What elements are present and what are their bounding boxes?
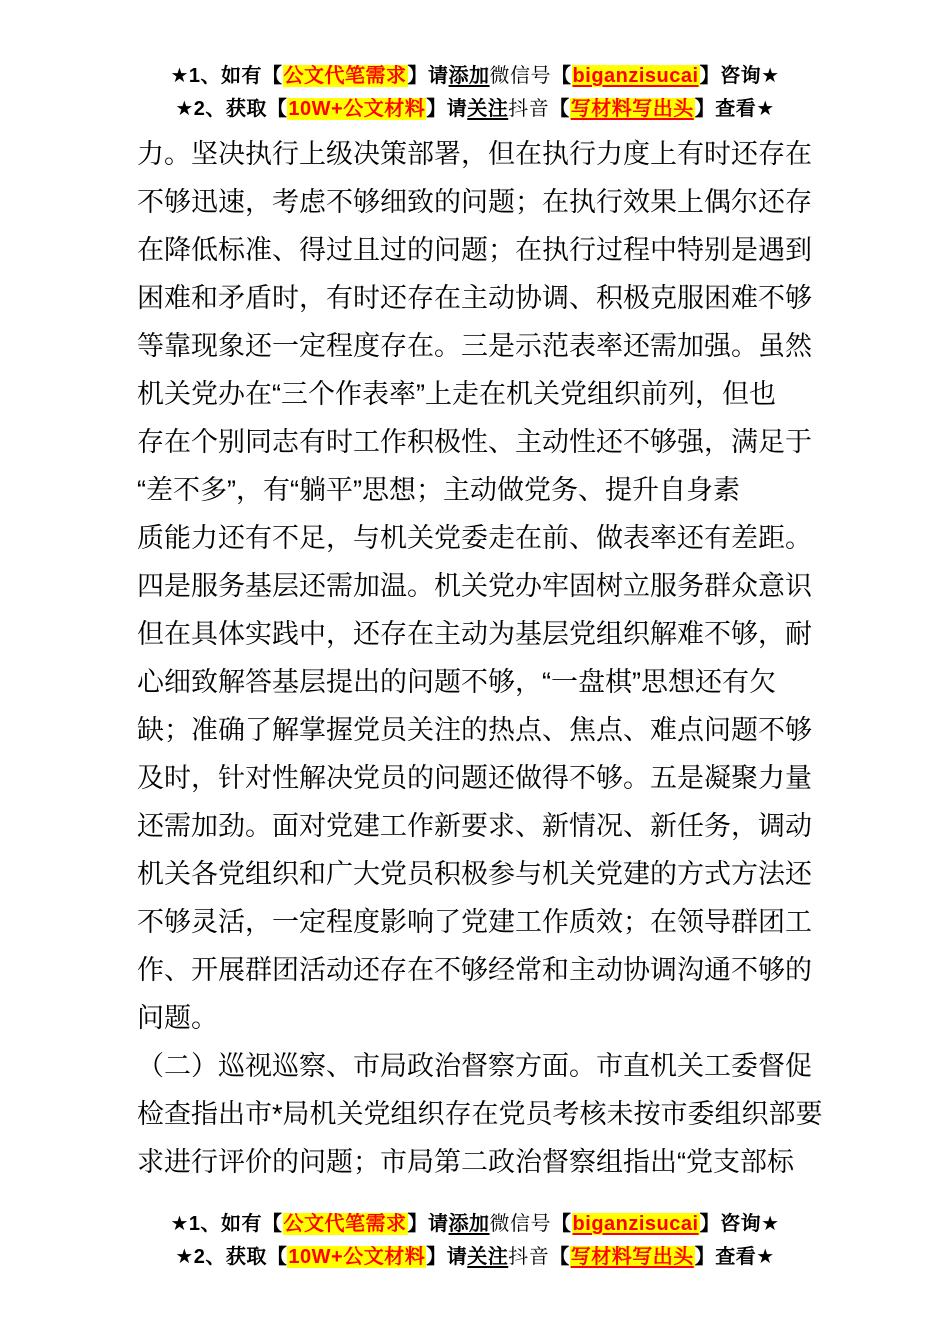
body-line: 四是服务基层还需加温。机关党办牢固树立服务群众意识 bbox=[137, 562, 817, 610]
body-line: “差不多”，有“躺平”思想；主动做党务、提升自身素 bbox=[137, 466, 817, 514]
watermark-text: 】请 bbox=[426, 98, 467, 120]
watermark-text: ★1、如有【 bbox=[170, 65, 282, 87]
document-body: 力。坚决执行上级决策部署，但在执行力度上有时还存在 不够迅速，考虑不够细致的问题… bbox=[137, 130, 817, 1186]
watermark-highlight: 10W+公文材料 bbox=[287, 98, 426, 120]
watermark-footer-line-1: ★1、如有【公文代笔需求】请添加微信号【biganzisucai】咨询★ bbox=[0, 1208, 950, 1241]
watermark-text: 【 bbox=[549, 1246, 570, 1268]
watermark-text: 】请 bbox=[426, 1246, 467, 1268]
watermark-underline-text: 添加 bbox=[449, 1213, 490, 1235]
watermark-underline-text: 关注 bbox=[467, 98, 508, 120]
body-line: 求进行评价的问题；市局第二政治督察组指出“党支部标 bbox=[137, 1138, 817, 1186]
watermark-footer-line-2: ★2、获取【10W+公文材料】请关注抖音【写材料写出头】查看★ bbox=[0, 1241, 950, 1274]
watermark-text: ★1、如有【 bbox=[170, 1213, 282, 1235]
watermark-text: 【 bbox=[551, 65, 572, 87]
body-line: 困难和矛盾时，有时还存在主动协调、积极克服困难不够 bbox=[137, 274, 817, 322]
watermark-text: 抖音 bbox=[508, 1246, 549, 1268]
body-line: 等靠现象还一定程度存在。三是示范表率还需加强。虽然 bbox=[137, 322, 817, 370]
watermark-text: 【 bbox=[549, 98, 570, 120]
watermark-underline-text: 添加 bbox=[449, 65, 490, 87]
body-line: 缺；准确了解掌握党员关注的热点、焦点、难点问题不够 bbox=[137, 706, 817, 754]
body-line: 还需加劲。面对党建工作新要求、新情况、新任务，调动 bbox=[137, 802, 817, 850]
body-line: 力。坚决执行上级决策部署，但在执行力度上有时还存在 bbox=[137, 130, 817, 178]
watermark-header-line-2: ★2、获取【10W+公文材料】请关注抖音【写材料写出头】查看★ bbox=[0, 93, 950, 126]
watermark-text: 】请 bbox=[408, 1213, 449, 1235]
watermark-highlight: 公文代笔需求 bbox=[283, 1213, 408, 1235]
watermark-footer: ★1、如有【公文代笔需求】请添加微信号【biganzisucai】咨询★ ★2、… bbox=[0, 1208, 950, 1274]
body-line: 质能力还有不足，与机关党委走在前、做表率还有差距。 bbox=[137, 514, 817, 562]
watermark-text: 微信号 bbox=[490, 65, 552, 87]
watermark-header-line-1: ★1、如有【公文代笔需求】请添加微信号【biganzisucai】咨询★ bbox=[0, 60, 950, 93]
watermark-text: 】咨询★ bbox=[700, 1213, 780, 1235]
watermark-highlight: 公文代笔需求 bbox=[283, 65, 408, 87]
watermark-text: 微信号 bbox=[490, 1213, 552, 1235]
body-line: 检查指出市*局机关党组织存在党员考核未按市委组织部要 bbox=[137, 1090, 817, 1138]
watermark-text: 【 bbox=[551, 1213, 572, 1235]
body-line: 心细致解答基层提出的问题不够，“一盘棋”思想还有欠 bbox=[137, 658, 817, 706]
body-line: 不够灵活，一定程度影响了党建工作质效；在领导群团工 bbox=[137, 898, 817, 946]
watermark-douyin-id: 写材料写出头 bbox=[570, 98, 695, 120]
watermark-douyin-id: 写材料写出头 bbox=[570, 1246, 695, 1268]
watermark-text: 】查看★ bbox=[695, 1246, 775, 1268]
body-line: 机关党办在“三个作表率”上走在机关党组织前列，但也 bbox=[137, 370, 817, 418]
watermark-wechat-id: biganzisucai bbox=[572, 1213, 700, 1235]
watermark-header: ★1、如有【公文代笔需求】请添加微信号【biganzisucai】咨询★ ★2、… bbox=[0, 60, 950, 126]
watermark-text: 】查看★ bbox=[695, 98, 775, 120]
watermark-text: 抖音 bbox=[508, 98, 549, 120]
watermark-text: 】咨询★ bbox=[700, 65, 780, 87]
body-line: 存在个别同志有时工作积极性、主动性还不够强，满足于 bbox=[137, 418, 817, 466]
watermark-text: 】请 bbox=[408, 65, 449, 87]
watermark-underline-text: 关注 bbox=[467, 1246, 508, 1268]
body-line: 在降低标准、得过且过的问题；在执行过程中特别是遇到 bbox=[137, 226, 817, 274]
body-line: 机关各党组织和广大党员积极参与机关党建的方式方法还 bbox=[137, 850, 817, 898]
body-line: 但在具体实践中，还存在主动为基层党组织解难不够，耐 bbox=[137, 610, 817, 658]
body-line: 不够迅速，考虑不够细致的问题；在执行效果上偶尔还存 bbox=[137, 178, 817, 226]
body-line: 及时，针对性解决党员的问题还做得不够。五是凝聚力量 bbox=[137, 754, 817, 802]
watermark-text: ★2、获取【 bbox=[175, 98, 287, 120]
body-line: 作、开展群团活动还存在不够经常和主动协调沟通不够的 bbox=[137, 946, 817, 994]
body-line: 问题。 bbox=[137, 994, 817, 1042]
watermark-text: ★2、获取【 bbox=[175, 1246, 287, 1268]
watermark-highlight: 10W+公文材料 bbox=[287, 1246, 426, 1268]
watermark-wechat-id: biganzisucai bbox=[572, 65, 700, 87]
body-paragraph-2-start: （二）巡视巡察、市局政治督察方面。市直机关工委督促 bbox=[137, 1042, 817, 1090]
document-page: ★1、如有【公文代笔需求】请添加微信号【biganzisucai】咨询★ ★2、… bbox=[0, 0, 950, 1344]
